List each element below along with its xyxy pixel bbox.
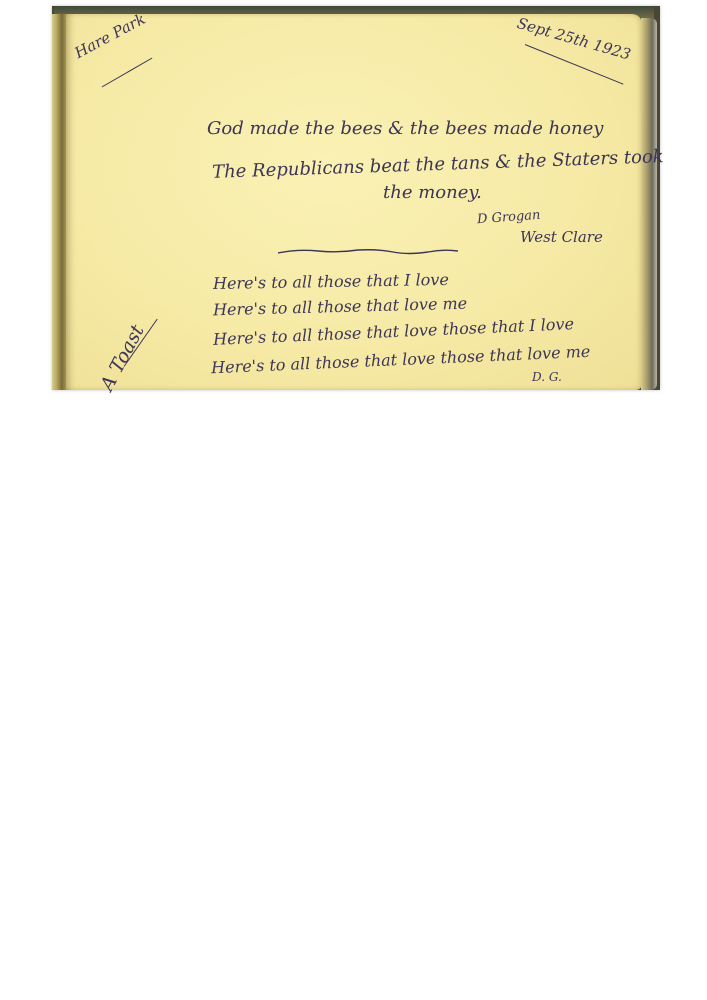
page-edge — [641, 18, 657, 390]
verse-line: the money. — [383, 182, 482, 203]
wavy-divider — [278, 246, 458, 256]
signature-place: West Clare — [520, 228, 603, 246]
verse-line: God made the bees & the bees made honey — [207, 118, 603, 139]
toast-initials: D. G. — [532, 370, 562, 384]
